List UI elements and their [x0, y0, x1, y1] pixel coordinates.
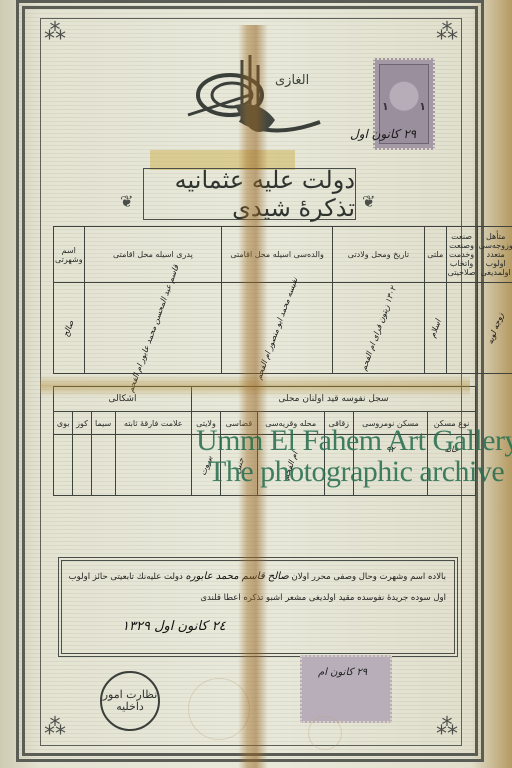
cell-religion: اسلام [424, 283, 446, 374]
stamp-annotation-bottom: ٢٩ كانون ام [318, 667, 367, 678]
corner-fan-ornament: ⁂ [44, 20, 66, 45]
header-father: پدری اسیله محل اقامتی [84, 227, 222, 283]
document-page: ⁂ ⁂ ⁂ ⁂ الغازی ١ ١ ٢٩ كانون اول ❦ ❦ دولت… [0, 0, 512, 768]
cell-father: قاسم عبد المحسن محمد عابور ام الفحم [84, 283, 222, 374]
corner-fan-ornament: ⁂ [436, 715, 458, 740]
header-marital: متأهل وزوجه‌سی متعدد اولوب اولمدیغی [477, 227, 512, 283]
stamp-annotation: ٢٩ كانون اول [350, 127, 416, 141]
gallery-watermark: Umm El Fahem Art Gallery The photographi… [196, 425, 496, 487]
header-height: بوی [54, 412, 73, 435]
header-occupation: صنعت وصنعت وخدمت واتخاب صلاحیتی [446, 227, 477, 283]
table-row: صالح قاسم عبد المحسن محمد عابور ام الفحم… [54, 283, 512, 374]
personal-info-table: اسم وشهرتی پدری اسیله محل اقامتی والده‌س… [53, 226, 512, 374]
cell-occupation [446, 283, 477, 374]
scroll-ornament: ❦ [362, 192, 375, 211]
emblem-monogram: الغازی [275, 73, 309, 88]
corner-fan-ornament: ⁂ [44, 715, 66, 740]
header-name: اسم وشهرتی [54, 227, 85, 283]
cell-height [54, 435, 73, 496]
cell-marital: زوجه لوبه [477, 283, 512, 374]
revenue-stamp-bottom [300, 655, 392, 723]
header-religion: ملتی [424, 227, 446, 283]
header-eyes: کوز [73, 412, 91, 435]
table-header-row: اسم وشهرتی پدری اسیله محل اقامتی والده‌س… [54, 227, 512, 283]
cell-eyes [73, 435, 91, 496]
fold-stain-vertical [238, 25, 268, 768]
header-marks: علامت فارقۀ ثابته [115, 412, 191, 435]
header-face: سیما [91, 412, 115, 435]
cell-birth: ١٣٠٢ زیتون قرای ام الفحم [332, 283, 424, 374]
corner-fan-ornament: ⁂ [436, 20, 458, 45]
cell-marks [115, 435, 191, 496]
ministry-seal: نظارت امور داخلیه [100, 671, 160, 731]
header-birth: تاریخ ومحل ولادتی [332, 227, 424, 283]
scroll-ornament: ❦ [120, 192, 133, 211]
cell-name: صالح [54, 283, 85, 374]
faded-postmark [308, 716, 342, 750]
issue-date: ٢٤ كانون اول ١٣٢٩ [122, 619, 226, 634]
cell-face [91, 435, 115, 496]
